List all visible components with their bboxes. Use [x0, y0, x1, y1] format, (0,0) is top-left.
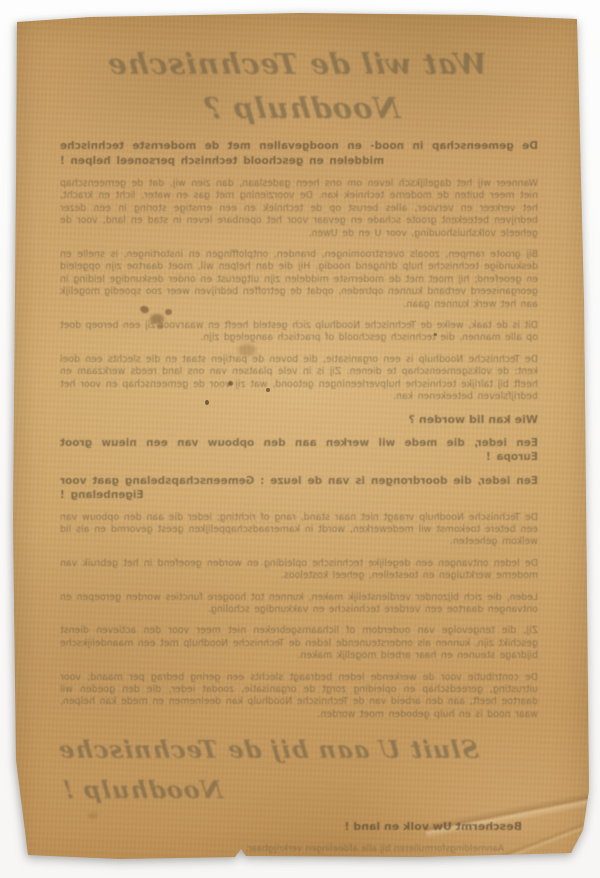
paragraph-5: De Technische Noodhulp vraagt niet naar … [60, 512, 538, 549]
paragraph-7: Leden, die zich bijzonder verdienstelijk… [60, 592, 538, 617]
paragraph-6: De leden ontvangen een degelijke technis… [60, 558, 538, 583]
leaflet-title: Wat wil de Technische Noodhulp ? [55, 34, 543, 130]
paragraph-1: Wanneer wij het dagelijksch leven om ons… [60, 178, 538, 240]
closing-title: Sluit U aan bij de Technische Noodhulp ! [56, 730, 542, 810]
paragraph-4: De Technische Noodhulp is een organisati… [60, 354, 538, 404]
paragraph-2: Bij groote rampen, zooals overstroominge… [60, 249, 538, 311]
subheading-membership: Wie kan lid worden ? [60, 413, 538, 427]
paragraph-8: Zij, die tengevolge van ouderdom of lich… [60, 625, 538, 662]
membership-point-2: Een ieder, die doordrongen is van de leu… [60, 474, 538, 503]
membership-point-1: Een ieder, die mede wil werken aan den o… [60, 436, 538, 465]
intro-statement: De gemeenschap in nood- en noodgevallen … [60, 139, 538, 169]
mirrored-showthrough-text: Wat wil de Technische Noodhulp ? De geme… [60, 34, 538, 864]
leaflet-paper: Wat wil de Technische Noodhulp ? De geme… [0, 0, 600, 878]
closing-note: Aanmeldingsformulieren bij alle afdeelin… [60, 843, 538, 855]
paragraph-3: Dit is de taak, welke de Technische Nood… [60, 320, 538, 345]
paragraph-9: De contributie voor de werkende leden be… [60, 672, 538, 722]
leaflet-photo: Wat wil de Technische Noodhulp ? De geme… [0, 0, 600, 878]
photo-background: Wat wil de Technische Noodhulp ? De geme… [0, 0, 600, 878]
closing-appeal: Beschermt Uw volk en land ! [60, 819, 538, 834]
